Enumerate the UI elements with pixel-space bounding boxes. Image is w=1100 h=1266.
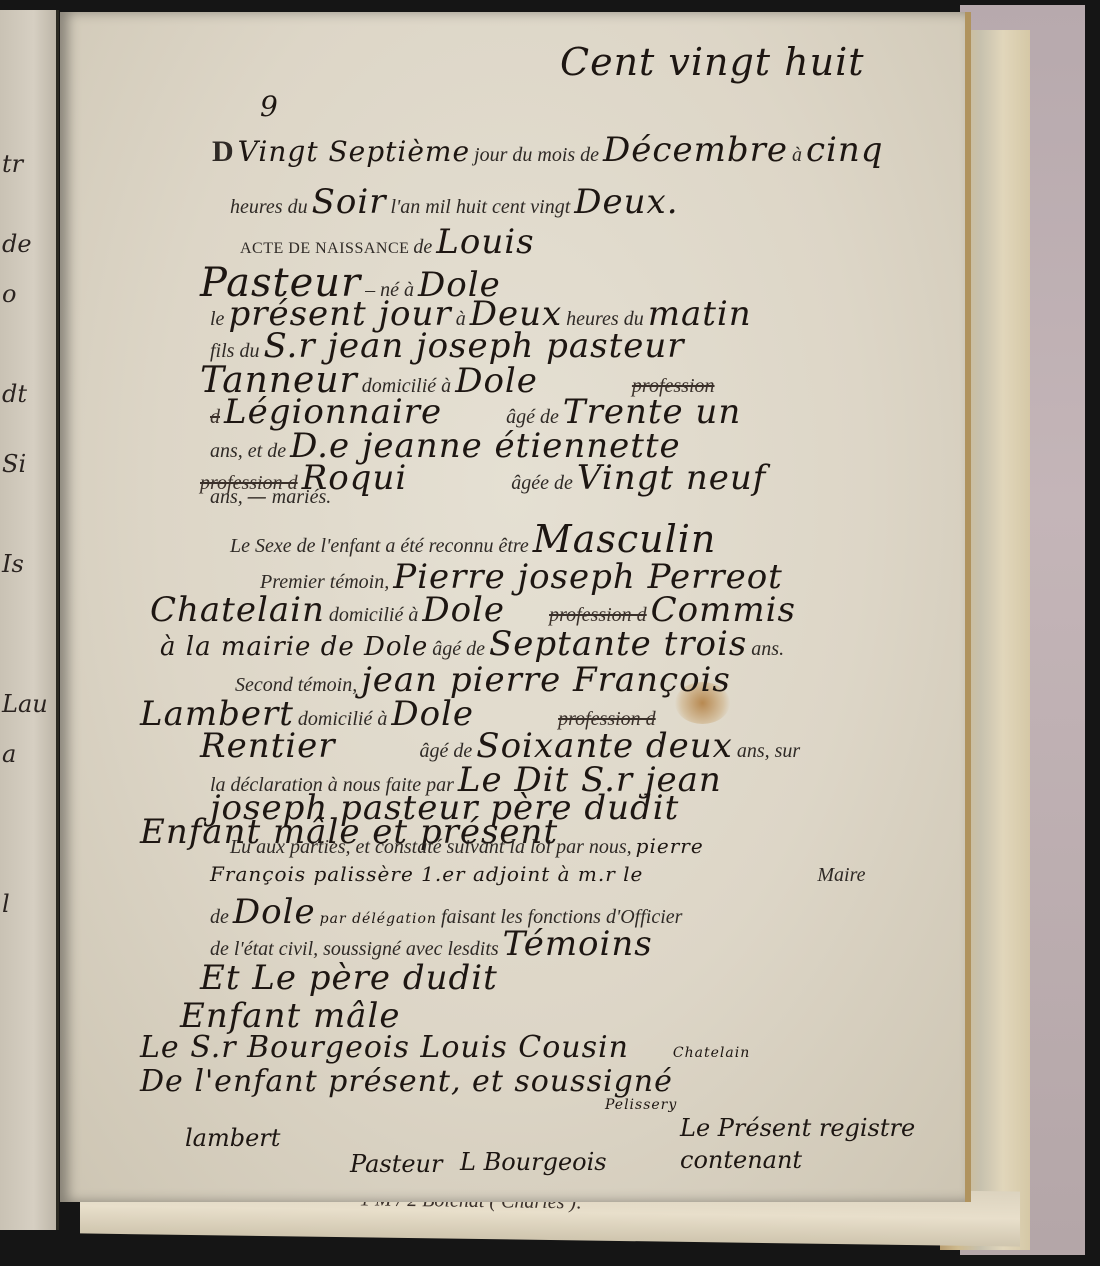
marginalia: a <box>2 740 16 768</box>
line-first-witness-age: à la mairie de Dole âgé de Septante troi… <box>160 624 784 664</box>
line-married: ans, — mariés. <box>210 484 331 509</box>
marginalia: tr <box>2 150 23 178</box>
marginalia: Lau <box>2 690 48 718</box>
line-child-present-signed: De l'enfant présent, et soussigné <box>140 1064 673 1099</box>
marginalia: de <box>2 230 32 258</box>
line-read-to-parties: Lu aux parties, et constaté suivant la l… <box>230 834 704 859</box>
signature-bourgeois: L Bourgeois <box>460 1148 607 1176</box>
line-act-title: ACTE DE NAISSANCE de Louis <box>240 222 535 262</box>
line-sex: Le Sexe de l'enfant a été reconnu être M… <box>230 517 716 561</box>
line-date: D Vingt Septième jour du mois de Décembr… <box>212 130 884 170</box>
line-cousin: Le S.r Bourgeois Louis Cousin Chatelain <box>140 1030 750 1065</box>
birth-certificate-page: Cent vingt huit 9 D Vingt Septième jour … <box>60 12 971 1202</box>
page-mark: 9 <box>260 90 279 123</box>
register-number: Cent vingt huit <box>560 40 865 84</box>
marginalia: o <box>2 280 16 308</box>
left-facing-page: tr de o dt Si Is Lau a l <box>0 10 59 1230</box>
line-officer: François palissère 1.er adjoint à m.r le… <box>210 862 866 887</box>
signature-lambert: lambert <box>185 1124 280 1152</box>
marginalia: l <box>2 890 10 918</box>
line-hour: heures du Soir l'an mil huit cent vingt … <box>230 182 679 222</box>
marginalia: Si <box>2 450 26 478</box>
signature-pasteur: Pasteur <box>350 1150 442 1178</box>
marginalia: dt <box>2 380 27 408</box>
line-father-signs: Et Le père dudit <box>200 958 498 998</box>
closing-note: Le Présent registre contenant <box>680 1112 980 1176</box>
line-pelissery: Pelissery <box>605 1096 677 1114</box>
marginalia: Is <box>2 550 24 578</box>
